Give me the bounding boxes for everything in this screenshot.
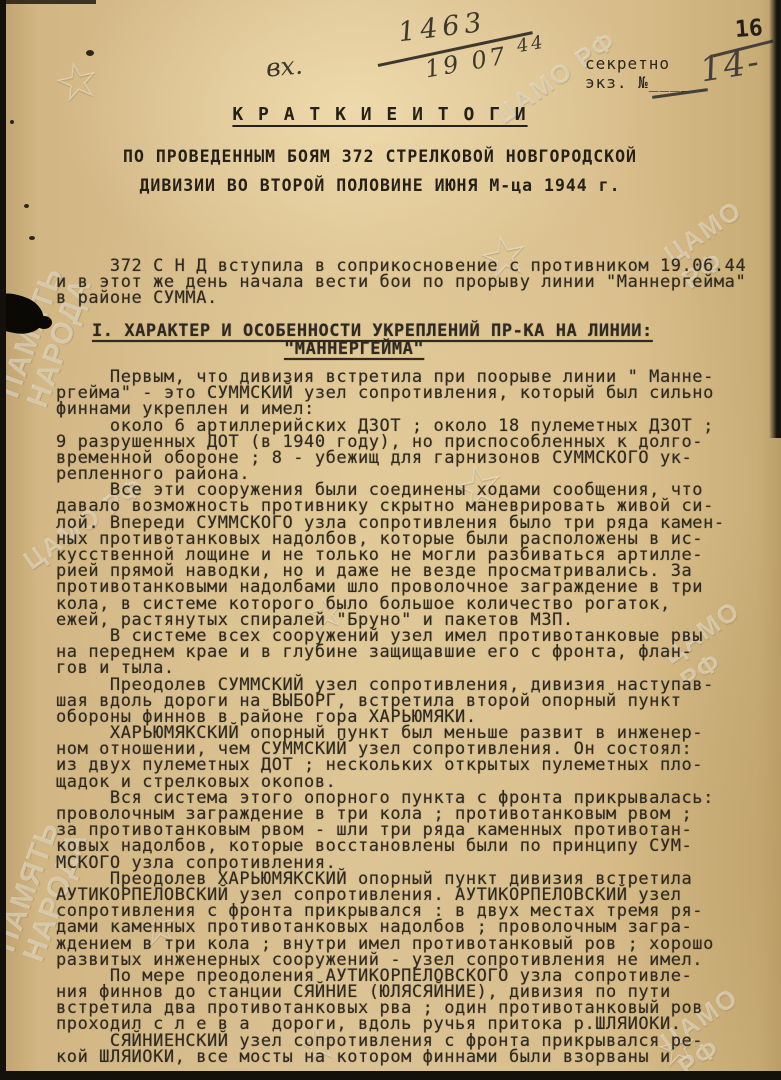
scan-edge-left [0, 0, 6, 1080]
handwritten-page-number: 14- [697, 41, 763, 90]
typed-page-number: 16 [734, 15, 763, 43]
scan-edge-bottom [0, 1071, 781, 1080]
document-scan-page: ☆ ☆ ☆ ☆ ☆ ☆ ☆ ЦАМО РФ ЦАМО РФ ЦАМО РФ ЦА… [0, 0, 781, 1080]
secret-label: секретно [585, 54, 702, 73]
scan-edge-top [0, 0, 96, 4]
title-block: К Р А Т К И Е И Т О Г И ПО ПРОВЕДЕННЫМ Б… [40, 104, 720, 195]
ink-blot-small [36, 316, 52, 329]
paper-speck [24, 204, 29, 208]
document-subtitle-line2: ДИВИЗИИ ВО ВТОРОЙ ПОЛОВИНЕ ИЮНЯ М-ца 194… [40, 176, 720, 195]
paper-speck [29, 236, 35, 240]
document-subtitle-line1: ПО ПРОВЕДЕННЫМ БОЯМ 372 СТРЕЛКОВОЙ НОВГО… [40, 147, 720, 166]
ink-blot [0, 290, 47, 339]
handwritten-incoming-mark: вх. [265, 50, 304, 82]
document-line: I. ХАРАКТЕР И ОСОБЕННОСТИ УКРЕПЛЕНИЙ ПР-… [92, 323, 781, 339]
document-line: в районе СУММА. [56, 290, 781, 306]
document-body-text: 372 С Н Д вступила в соприкосновение с п… [56, 258, 781, 1065]
handwritten-reg-number: 1463 [396, 7, 488, 49]
copy-number-label: экз. №_____ [585, 73, 702, 92]
reg-date-year: 44 [515, 32, 547, 58]
reg-date-daymonth: 19 07 [423, 41, 510, 83]
scan-edge-right [769, 0, 781, 438]
paper-speck [86, 50, 94, 56]
document-line: кой ШЛЯИОКИ, все мосты на котором финнам… [56, 1049, 781, 1065]
secrecy-stamp: секретно экз. №_____ [585, 54, 702, 92]
document-line: "МАННЕРГЕЙМА" [284, 341, 781, 357]
document-title: К Р А Т К И Е И Т О Г И [232, 104, 527, 125]
paper-speck [10, 120, 14, 124]
